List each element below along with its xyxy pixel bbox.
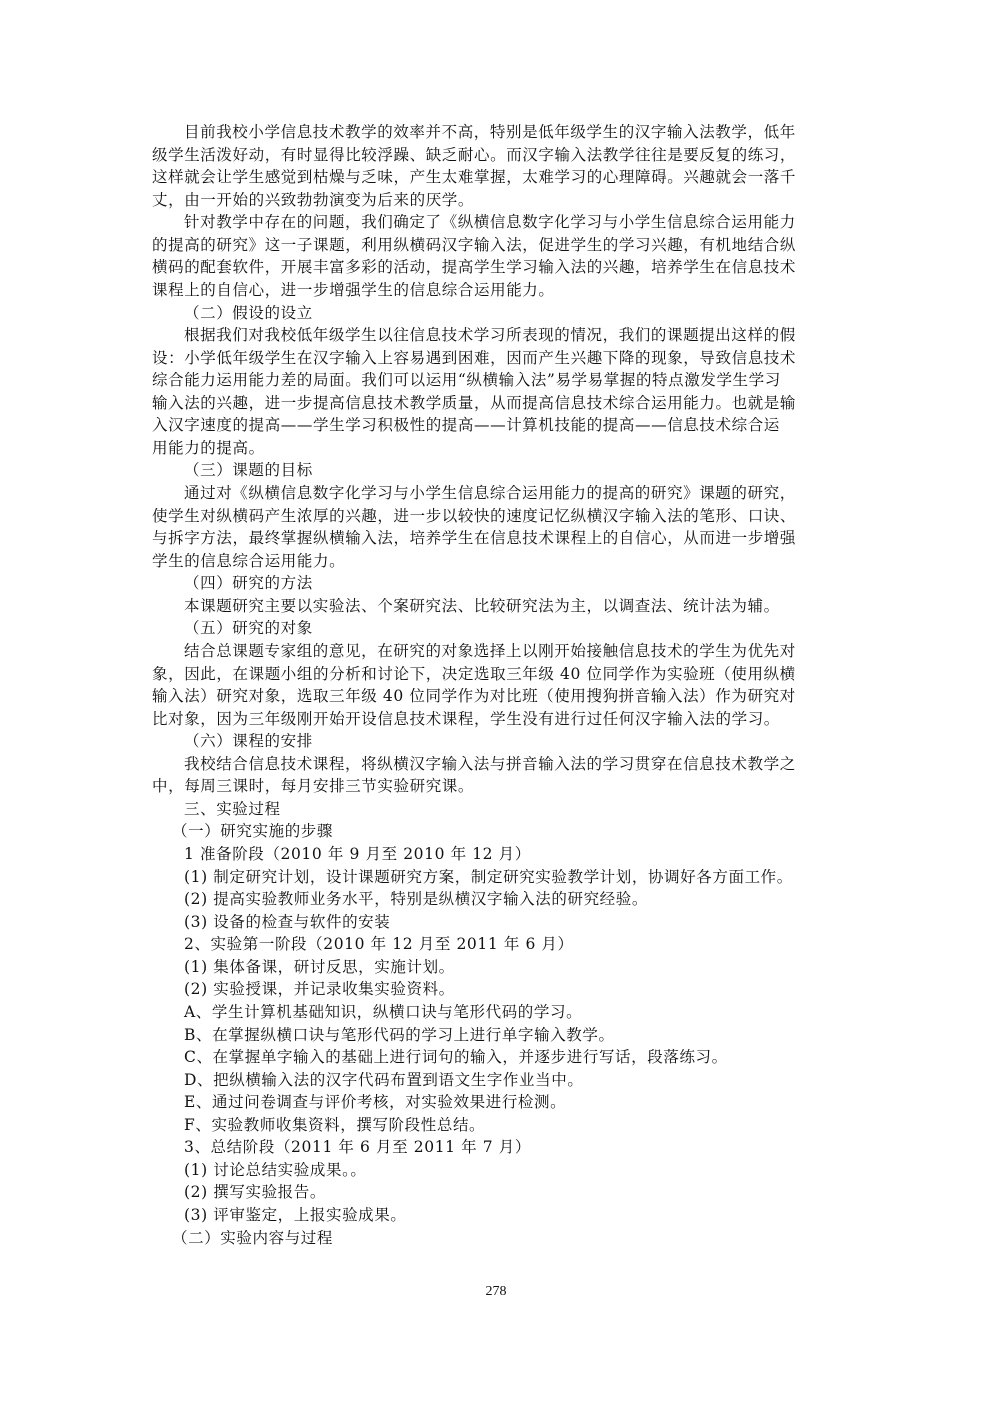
list-item: 2、实验第一阶段（2010 年 12 月至 2011 年 6 月）	[152, 933, 844, 956]
list-item: B、在掌握纵横口诀与笔形代码的学习上进行单字输入教学。	[152, 1024, 844, 1047]
list-item: (1) 集体备课，研讨反思，实施计划。	[152, 956, 844, 979]
list-item: (2) 实验授课，并记录收集实验资料。	[152, 978, 844, 1001]
list-item: (3) 设备的检查与软件的安装	[152, 911, 844, 934]
text-line: 使学生对纵横码产生浓厚的兴趣，进一步以较快的速度记忆纵横汉字输入法的笔形、口诀、	[152, 505, 844, 528]
text-line: 输入法）研究对象，选取三年级 40 位同学作为对比班（使用搜狗拼音输入法）作为研…	[152, 685, 844, 708]
text-line: 横码的配套软件，开展丰富多彩的活动，提高学生学习输入法的兴趣，培养学生在信息技术	[152, 256, 844, 279]
text-line: 象，因此，在课题小组的分析和讨论下，决定选取三年级 40 位同学作为实验班（使用…	[152, 663, 844, 686]
list-item: (1) 制定研究计划，设计课题研究方案，制定研究实验教学计划，协调好各方面工作。	[152, 866, 844, 889]
section-heading: （五）研究的对象	[152, 617, 844, 640]
section-heading: （一）研究实施的步骤	[152, 820, 844, 843]
text-line: 结合总课题专家组的意见，在研究的对象选择上以刚开始接触信息技术的学生为优先对	[152, 640, 844, 663]
list-item: (2) 撰写实验报告。	[152, 1181, 844, 1204]
text-line: 这样就会让学生感觉到枯燥与乏味，产生太难掌握，太难学习的心理障碍。兴趣就会一落千	[152, 166, 844, 189]
text-line: 入汉字速度的提高——学生学习积极性的提高——计算机技能的提高——信息技术综合运	[152, 414, 844, 437]
text-line: 根据我们对我校低年级学生以往信息技术学习所表现的情况，我们的课题提出这样的假	[152, 324, 844, 347]
section-heading: （三）课题的目标	[152, 459, 844, 482]
text-line: 通过对《纵横信息数字化学习与小学生信息综合运用能力的提高的研究》课题的研究，	[152, 482, 844, 505]
list-item: (1) 讨论总结实验成果。。	[152, 1159, 844, 1182]
section-heading: （六）课程的安排	[152, 730, 844, 753]
text-line: 用能力的提高。	[152, 437, 844, 460]
list-item: (2) 提高实验教师业务水平，特别是纵横汉字输入法的研究经验。	[152, 888, 844, 911]
text-line: 与拆字方法，最终掌握纵横输入法，培养学生在信息技术课程上的自信心，从而进一步增强	[152, 527, 844, 550]
text-line: 我校结合信息技术课程，将纵横汉字输入法与拼音输入法的学习贯穿在信息技术教学之	[152, 753, 844, 776]
text-line: 的提高的研究》这一子课题，利用纵横码汉字输入法，促进学生的学习兴趣，有机地结合纵	[152, 234, 844, 257]
section-heading: （二）实验内容与过程	[152, 1227, 844, 1250]
list-item: (3) 评审鉴定，上报实验成果。	[152, 1204, 844, 1227]
section-heading: （四）研究的方法	[152, 572, 844, 595]
list-item: F、实验教师收集资料，撰写阶段性总结。	[152, 1114, 844, 1137]
text-line: 设：小学低年级学生在汉字输入上容易遇到困难，因而产生兴趣下降的现象，导致信息技术	[152, 347, 844, 370]
list-item: 1 准备阶段（2010 年 9 月至 2010 年 12 月）	[152, 843, 844, 866]
text-line: 学生的信息综合运用能力。	[152, 550, 844, 573]
list-item: C、在掌握单字输入的基础上进行词句的输入，并逐步进行写话，段落练习。	[152, 1046, 844, 1069]
chapter-heading: 三、实验过程	[152, 798, 844, 821]
list-item: E、通过问卷调查与评价考核，对实验效果进行检测。	[152, 1091, 844, 1114]
text-line: 课程上的自信心，进一步增强学生的信息综合运用能力。	[152, 279, 844, 302]
text-line: 输入法的兴趣，进一步提高信息技术教学质量，从而提高信息技术综合运用能力。也就是输	[152, 392, 844, 415]
list-item: A、学生计算机基础知识，纵横口诀与笔形代码的学习。	[152, 1001, 844, 1024]
text-line: 中，每周三课时，每月安排三节实验研究课。	[152, 775, 844, 798]
text-line: 丈，由一开始的兴致勃勃演变为后来的厌学。	[152, 189, 844, 212]
text-line: 针对教学中存在的问题，我们确定了《纵横信息数字化学习与小学生信息综合运用能力	[152, 211, 844, 234]
document-body: 目前我校小学信息技术教学的效率并不高，特别是低年级学生的汉字输入法教学，低年 级…	[152, 121, 844, 1249]
list-item: 3、总结阶段（2011 年 6 月至 2011 年 7 月）	[152, 1136, 844, 1159]
text-line: 目前我校小学信息技术教学的效率并不高，特别是低年级学生的汉字输入法教学，低年	[152, 121, 844, 144]
page-number: 278	[0, 1284, 992, 1300]
text-line: 本课题研究主要以实验法、个案研究法、比较研究法为主，以调查法、统计法为辅。	[152, 595, 844, 618]
text-line: 比对象，因为三年级刚开始开设信息技术课程，学生没有进行过任何汉字输入法的学习。	[152, 708, 844, 731]
text-line: 综合能力运用能力差的局面。我们可以运用“纵横输入法”易学易掌握的特点激发学生学习	[152, 369, 844, 392]
list-item: D、把纵横输入法的汉字代码布置到语文生字作业当中。	[152, 1069, 844, 1092]
text-line: 级学生活泼好动，有时显得比较浮躁、缺乏耐心。而汉字输入法教学往往是要反复的练习，	[152, 144, 844, 167]
section-heading: （二）假设的设立	[152, 302, 844, 325]
